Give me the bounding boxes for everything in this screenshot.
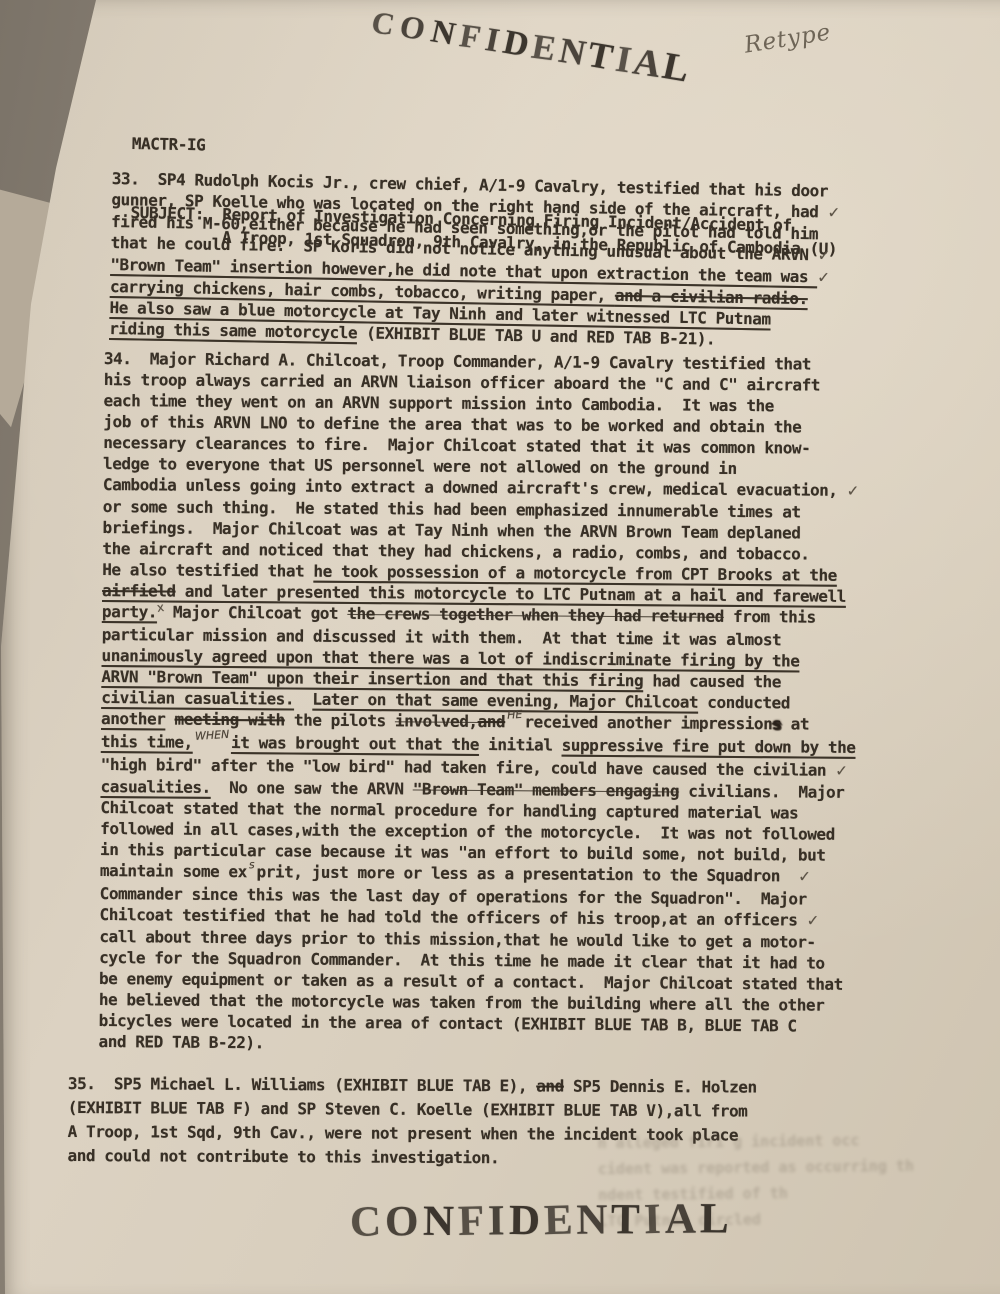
text-segment: received another impression (524, 712, 772, 733)
text-segment: 35. SP5 Michael L. Williams (EXHIBIT BLU… (68, 1074, 536, 1095)
text-segment: it was brought out that the (231, 733, 479, 754)
text-segment: this time, (101, 732, 193, 752)
text-segment: involved, (395, 711, 478, 731)
handwritten-checkmark: ✓ (798, 867, 810, 885)
confidential-stamp-bottom: CONFIDENTIAL (350, 1194, 733, 1246)
text-segment: Major Chilcoat got (164, 602, 348, 622)
text-segment: another (101, 709, 165, 729)
text-segment: had caused the (643, 671, 781, 691)
text-segment: ARVN "Brown Team" upon their insertion a… (101, 667, 643, 690)
handwritten-checkmark: ✓ (835, 762, 847, 780)
handwritten-insertion: HE (507, 704, 524, 726)
stamp-letter: I (643, 1195, 665, 1245)
text-segment: and (478, 712, 506, 731)
handwritten-insertion: WHEN (194, 724, 230, 747)
stamp-letter: D (508, 1196, 544, 1245)
paragraph-33: 33. SP4 Rudolph Kocis Jr., crew chief, A… (109, 168, 964, 354)
text-segment: suppressive fire put down by the (562, 736, 856, 757)
stamp-letter: I (488, 1196, 509, 1245)
handwritten-checkmark: ✓ (818, 246, 830, 264)
text-segment: the pilots (285, 710, 395, 730)
handwritten-insertion: s (248, 854, 255, 875)
scanned-document-photo: CONFIDENTIAL Retype MACTR-IG SUBJECT: Re… (0, 0, 1000, 1294)
text-segment: the crews together when they had returne… (347, 604, 724, 626)
office-symbol: MACTR-IG (132, 132, 972, 171)
text-segment: airfield (102, 581, 176, 601)
stamp-letter: C (349, 1197, 385, 1247)
handwritten-checkmark: ✓ (827, 203, 839, 221)
stamp-letter: O (385, 1197, 423, 1246)
text-segment: No one saw the ARVN (211, 778, 413, 799)
text-segment: "Brown Team" members engaging (413, 779, 679, 800)
text-segment: he took possession of a motorcycle from … (313, 562, 837, 585)
text-segment: party. (102, 602, 157, 621)
text-segment: 34. Major Richard A. Chilcoat, Troop Com… (103, 349, 847, 500)
text-segment: riding this same motorcycle (109, 319, 357, 342)
stamp-letter: N (422, 1197, 458, 1246)
stamp-letter: L (700, 1194, 733, 1243)
text-segment (294, 690, 313, 709)
text-segment: and a civilian radio. (615, 286, 808, 308)
text-segment: civilian casualities. (101, 688, 294, 709)
stamp-letter: N (576, 1195, 611, 1244)
handwritten-checkmark: ✓ (847, 482, 859, 500)
paragraph-34: 34. Major Richard A. Chilcoat, Troop Com… (98, 348, 962, 1059)
text-segment: call about three days prior to this miss… (98, 911, 842, 1053)
text-segment: Later on that same evening, Major Chilco… (312, 690, 698, 712)
text-segment: prit, just more or less as a presentatio… (256, 862, 798, 885)
text-segment: unanimously agreed upon that there was a… (102, 646, 800, 670)
handwritten-checkmark: ✓ (817, 268, 829, 286)
text-segment: initial (479, 735, 562, 755)
stamp-letter: A (665, 1195, 700, 1244)
text-segment: casualities. (100, 777, 210, 797)
text-segment: and later presented this motorcycle to L… (175, 582, 845, 606)
stamp-letter: E (543, 1195, 577, 1245)
text-segment: and (536, 1076, 564, 1095)
stamp-letter: F (457, 1196, 489, 1246)
text-segment: meeting with (174, 710, 284, 730)
text-segment: at (781, 714, 809, 733)
stamp-letter: T (611, 1195, 644, 1244)
text-segment: conducted (698, 693, 790, 713)
handwritten-checkmark: ✓ (807, 912, 819, 930)
